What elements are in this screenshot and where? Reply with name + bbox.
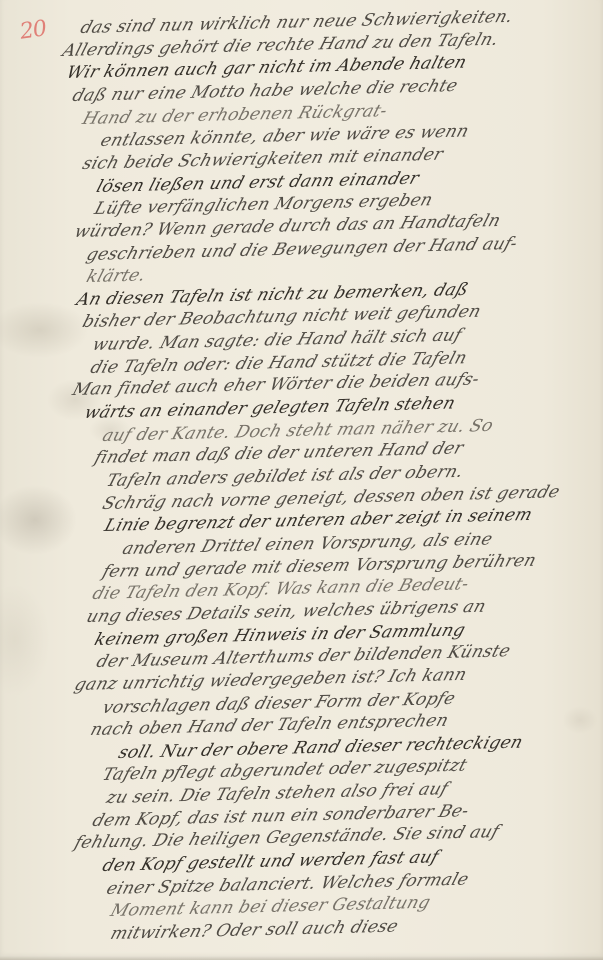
- manuscript-page: 20 das sind nun wirklich nur neue Schwie…: [0, 0, 603, 960]
- handwritten-line: klärte.: [84, 265, 148, 287]
- page-bottom-edge: [0, 956, 603, 960]
- page-number: 20: [18, 16, 47, 44]
- handwritten-line: mitwirken? Oder soll auch diese: [108, 917, 401, 944]
